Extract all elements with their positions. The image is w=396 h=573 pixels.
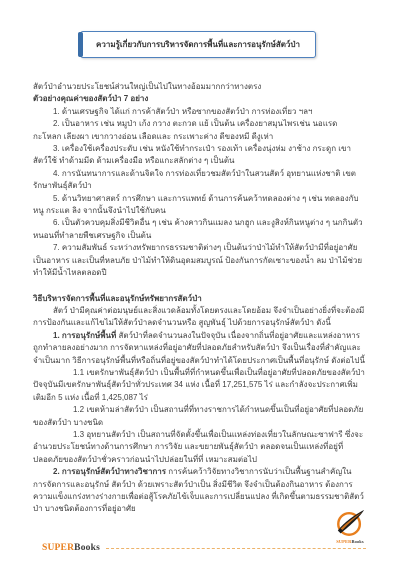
method-item: 2. การอนุรักษ์สัตว์ป่าทางวิชาการ การค้นค… bbox=[33, 466, 365, 516]
section-heading: วิธีบริหารจัดการพื้นที่และอนุรักษ์ทรัพยา… bbox=[33, 293, 365, 305]
footer-brand-books: Books bbox=[74, 543, 100, 553]
footer-brand: SUPERBooks bbox=[42, 543, 100, 553]
footer-brand-super: SUPER bbox=[42, 543, 74, 553]
examples-heading: ตัวอย่างคุณค่าของสัตว์ป่า 7 อย่าง bbox=[33, 93, 365, 105]
document-page: ความรู้เกี่ยวกับการบริหารจัดการพื้นที่แล… bbox=[0, 0, 396, 573]
intro-line: สัตว์ป่าอำนวยประโยชน์ส่วนใหญ่เป็นไปในทาง… bbox=[33, 81, 365, 93]
method-item-lead: 2. การอนุรักษ์สัตว์ป่าทางวิชาการ bbox=[53, 467, 166, 476]
list-item: 1. ด้านเศรษฐกิจ ได้แก่ การค้าสัตว์ป่า หร… bbox=[33, 106, 365, 118]
list-item: 3. เครื่องใช้เครื่องประดับ เช่น หนังใช้ท… bbox=[33, 143, 365, 168]
superbooks-swoosh-icon bbox=[335, 508, 365, 538]
list-item: 7. ความสัมพันธ์ ระหว่างทรัพยากรธรรมชาติต… bbox=[33, 242, 365, 279]
section-intro: สัตว์ ป่ามีคุณค่าต่อมนุษย์และสิ่งแวดล้อม… bbox=[33, 305, 365, 330]
sub-list-item: 1.1 เขตรักษาพันธุ์สัตว์ป่า เป็นพื้นที่ที… bbox=[33, 367, 365, 404]
publisher-logo: SUPERBooks bbox=[330, 508, 370, 544]
method-item: 1. การอนุรักษ์พื้นที่ สัตว์ป่าที่ลดจำนวน… bbox=[33, 330, 365, 367]
list-item: 5. ด้านวิทยาศาสตร์ การศึกษา และการแพทย์ … bbox=[33, 193, 365, 218]
title-accent-bar bbox=[78, 32, 83, 57]
list-item: 2. เป็นอาหาร เช่น หมูป่า เก้ง กวาง ตะกวด… bbox=[33, 118, 365, 143]
sub-list-item: 1.2 เขตห้ามล่าสัตว์ป่า เป็นสถานที่ที่ทาง… bbox=[33, 404, 365, 429]
document-body: สัตว์ป่าอำนวยประโยชน์ส่วนใหญ่เป็นไปในทาง… bbox=[33, 81, 365, 516]
method-item-lead: 1. การอนุรักษ์พื้นที่ bbox=[53, 331, 116, 340]
title-box: ความรู้เกี่ยวกับการบริหารจัดการพื้นที่แล… bbox=[80, 31, 316, 58]
sub-list-item: 1.3 อุทยานสัตว์ป่า เป็นสถานที่จัดตั้งขึ้… bbox=[33, 429, 365, 466]
page-footer: SUPERBooks bbox=[42, 542, 366, 554]
list-item: 6. เป็นตัวควบคุมสิ่งมีชีวิตอื่น ๆ เช่น ค… bbox=[33, 217, 365, 242]
footer-divider bbox=[106, 548, 366, 549]
list-item: 4. การนันทนาการและด้านจิตใจ การท่องเที่ย… bbox=[33, 168, 365, 193]
page-title: ความรู้เกี่ยวกับการบริหารจัดการพื้นที่แล… bbox=[80, 31, 316, 58]
